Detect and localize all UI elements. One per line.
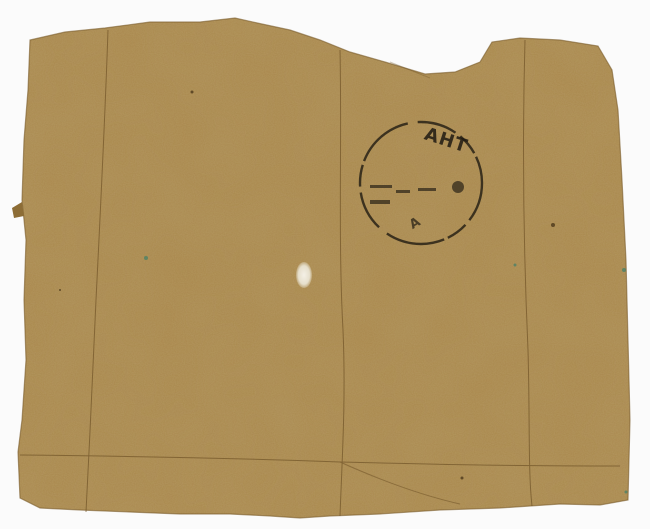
envelope-paper [0,0,650,529]
postmark-bottom-text: А [407,214,424,233]
paper-tear [296,262,312,288]
postmark: АНТ А [358,120,484,246]
envelope-photo: АНТ А [0,0,650,529]
